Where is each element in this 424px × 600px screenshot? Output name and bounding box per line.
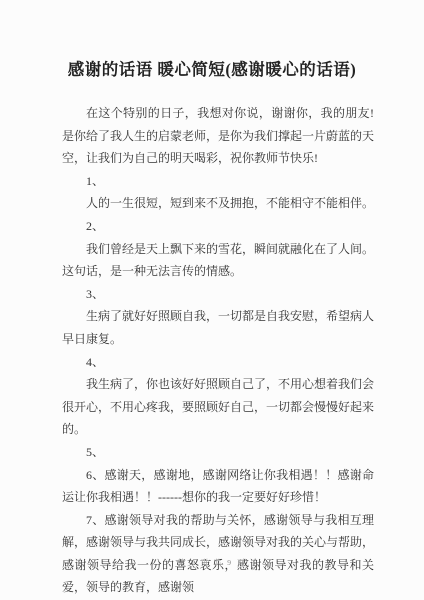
document-page: 感谢的话语 暖心简短(感谢暖心的话语) 在这个特别的日子，我想对你说，谢谢你，我… (0, 0, 424, 600)
document-body: 在这个特别的日子，我想对你说，谢谢你，我的朋友!是你给了我人生的启蒙老师，是你为… (62, 102, 374, 599)
paragraph: 我们曾经是天上飘下来的雪花，瞬间就融化在了人间。这句话，是一种无法言传的情感。 (62, 238, 374, 283)
paragraph: 6、感谢天，感谢地，感谢网络让你我相遇！！感谢命运让你我相遇！！------想你… (62, 464, 374, 509)
paragraph: 在这个特别的日子，我想对你说，谢谢你，我的朋友!是你给了我人生的启蒙老师，是你为… (62, 102, 374, 170)
paragraph: 4、 (62, 351, 374, 374)
paragraph: 5、 (62, 441, 374, 464)
paragraph: 1、 (62, 170, 374, 193)
paragraph: 3、 (62, 283, 374, 306)
paragraph: 生病了就好好照顾自我，一切都是自我安慰，希望病人早日康复。 (62, 305, 374, 350)
paragraph: 7、感谢领导对我的帮助与关怀，感谢领导与我相互理解，感谢领导与我共同成长，感谢领… (62, 509, 374, 599)
paragraph: 人的一生很短，短到来不及拥抱，不能相守不能相伴。 (62, 192, 374, 215)
paragraph: 我生病了，你也该好好照顾自己了，不用心想着我们会很开心，不用心疼我，要照顾好自己… (62, 373, 374, 441)
paragraph: 2、 (62, 215, 374, 238)
page-title: 感谢的话语 暖心简短(感谢暖心的话语) (0, 0, 424, 80)
page-number-footer: 第 1 页 共 9 页 (0, 557, 424, 568)
